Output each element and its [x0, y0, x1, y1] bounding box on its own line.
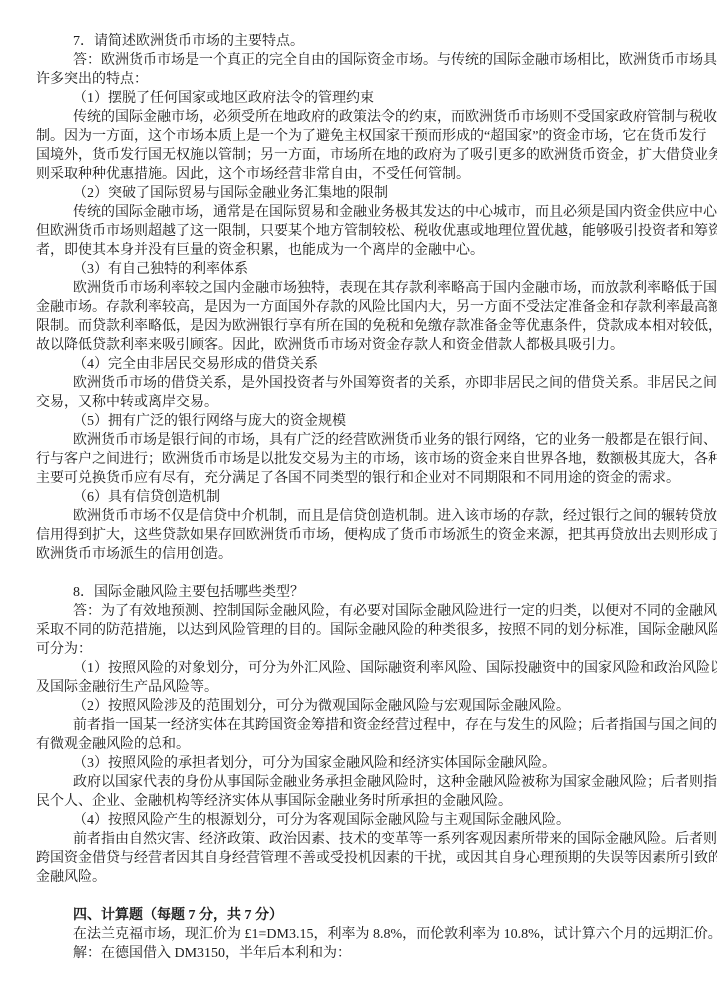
document-page: 7．请简述欧洲货币市场的主要特点。答：欧洲货币市场是一个真正的完全自由的国际资金… [0, 0, 717, 984]
text-line: 前者指一国某一经济实体在其跨国资金筹措和资金经营过程中，存在与发生的风险；后者指… [36, 716, 681, 735]
text-line: 政府以国家代表的身份从事国际金融业务承担金融风险时，这种金融风险被称为国家金融风… [36, 773, 681, 792]
text-line: （2）突破了国际贸易与国际金融业务汇集地的限制 [36, 184, 681, 203]
text-line: 主要可兑换货币应有尽有，充分满足了各国不同类型的银行和企业对不同期限和不同用途的… [36, 469, 681, 488]
text-line: 限制。而贷款利率略低，是因为欧洲银行享有所在国的免税和免缴存款准备金等优惠条件，… [36, 317, 681, 336]
text-line: 欧洲货币市场的借贷关系，是外国投资者与外国筹资者的关系，亦即非居民之间的借贷关系… [36, 374, 681, 393]
text-line: 跨国资金借贷与经营者因其自身经营管理不善或受投机因素的干扰，或因其自身心理预期的… [36, 849, 681, 868]
text-line: 前者指由自然灾害、经济政策、政治因素、技术的变革等一系列客观因素所带来的国际金融… [36, 830, 681, 849]
text-line: 欧洲货币市场派生的信用创造。 [36, 545, 681, 564]
text-line: 欧洲货币市场不仅是信贷中介机制，而且是信贷创造机制。进入该市场的存款，经过银行之… [36, 507, 681, 526]
text-line: 答：欧洲货币市场是一个真正的完全自由的国际资金市场。与传统的国际金融市场相比，欧… [36, 51, 681, 70]
text-line: 传统的国际金融市场，通常是在国际贸易和金融业务极其发达的中心城市，而且必须是国内… [36, 203, 681, 222]
text-line: 欧洲货币市场利率较之国内金融市场独特，表现在其存款利率略高于国内金融市场，而放款… [36, 279, 681, 298]
text-line: （4）完全由非居民交易形成的借贷关系 [36, 355, 681, 374]
text-line: 信用得到扩大，这些贷款如果存回欧洲货币市场，便构成了货币市场派生的资金来源，把其… [36, 526, 681, 545]
text-line: （1）摆脱了任何国家或地区政府法令的管理约束 [36, 89, 681, 108]
text-line: 解：在德国借入 DM3150，半年后本利和为： [36, 944, 681, 963]
text-line: 民个人、企业、金融机构等经济实体从事国际金融业务时所承担的金融风险。 [36, 792, 681, 811]
text-line: 行与客户之间进行；欧洲货币市场是以批发交易为主的市场，该市场的资金来自世界各地，… [36, 450, 681, 469]
text-line: 但欧洲货币市场则超越了这一限制，只要某个地方管制较松、税收优惠或地理位置优越，能… [36, 222, 681, 241]
text-line: 交易，又称中转或离岸交易。 [36, 393, 681, 412]
text-line: 四、计算题（每题 7 分，共 7 分） [36, 906, 681, 925]
blank-line [36, 564, 681, 583]
text-line: （1）按照风险的对象划分，可分为外汇风险、国际融资利率风险、国际投融资中的国家风… [36, 659, 681, 678]
text-line: 采取不同的防范措施，以达到风险管理的目的。国际金融风险的种类很多，按照不同的划分… [36, 621, 681, 640]
text-line: （2）按照风险涉及的范围划分，可分为微观国际金融风险与宏观国际金融风险。 [36, 697, 681, 716]
text-line: 制。因为一方面，这个市场本质上是一个为了避免主权国家干预而形成的“超国家”的资金… [36, 127, 681, 146]
text-line: 及国际金融衍生产品风险等。 [36, 678, 681, 697]
text-line: 金融风险。 [36, 868, 681, 887]
document-text: 7．请简述欧洲货币市场的主要特点。答：欧洲货币市场是一个真正的完全自由的国际资金… [0, 0, 717, 963]
text-line: 可分为： [36, 640, 681, 659]
text-line: （5）拥有广泛的银行网络与庞大的资金规模 [36, 412, 681, 431]
text-line: （6）具有信贷创造机制 [36, 488, 681, 507]
text-line: （4）按照风险产生的根源划分，可分为客观国际金融风险与主观国际金融风险。 [36, 811, 681, 830]
text-line: 8．国际金融风险主要包括哪些类型？ [36, 583, 681, 602]
text-line: 有微观金融风险的总和。 [36, 735, 681, 754]
text-line: 金融市场。存款利率较高，是因为一方面国外存款的风险比国内大，另一方面不受法定准备… [36, 298, 681, 317]
text-line: （3）按照风险的承担者划分，可分为国家金融风险和经济实体国际金融风险。 [36, 754, 681, 773]
text-line: 许多突出的特点： [36, 70, 681, 89]
text-line: 答：为了有效地预测、控制国际金融风险，有必要对国际金融风险进行一定的归类，以便对… [36, 602, 681, 621]
text-line: 传统的国际金融市场，必须受所在地政府的政策法令的约束，而欧洲货币市场则不受国家政… [36, 108, 681, 127]
text-line: 在法兰克福市场，现汇价为 £1=DM3.15，利率为 8.8%，而伦敦利率为 1… [36, 925, 681, 944]
text-line: 欧洲货币市场是银行间的市场，具有广泛的经营欧洲货币业务的银行网络，它的业务一般都… [36, 431, 681, 450]
text-line: 则采取种种优惠措施。因此，这个市场经营非常自由，不受任何管制。 [36, 165, 681, 184]
text-line: 故以降低贷款利率来吸引顾客。因此，欧洲货币市场对资金存款人和资金借款人都极具吸引… [36, 336, 681, 355]
text-line: 7．请简述欧洲货币市场的主要特点。 [36, 32, 681, 51]
text-line: （3）有自己独特的利率体系 [36, 260, 681, 279]
text-line: 者，即使其本身并没有巨量的资金积累，也能成为一个离岸的金融中心。 [36, 241, 681, 260]
text-line: 国境外，货币发行国无权施以管制；另一方面，市场所在地的政府为了吸引更多的欧洲货币… [36, 146, 681, 165]
blank-line [36, 887, 681, 906]
